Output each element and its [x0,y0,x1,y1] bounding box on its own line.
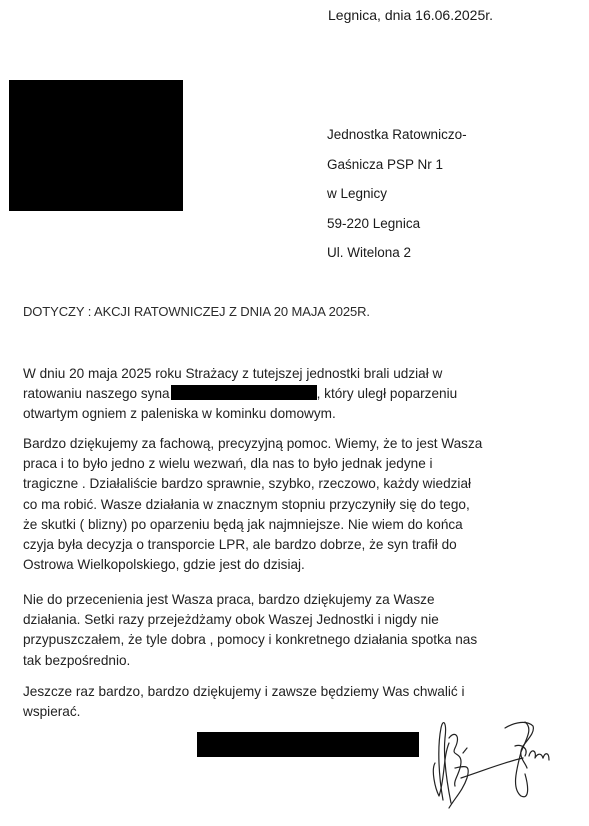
text-line: działania. Setki razy przejeżdżamy obok … [23,610,543,630]
subject-line: DOTYCZY : AKCJI RATOWNICZEJ Z DNIA 20 MA… [23,304,370,319]
text-before-redaction: ratowaniu naszego syna [23,386,170,401]
text-line: praca i to było jedno z wielu wezwań, dl… [23,454,543,474]
text-line: W dniu 20 maja 2025 roku Strażacy z tute… [23,364,543,384]
paragraph-2: Bardzo dziękujemy za fachową, precyzyjną… [23,434,543,575]
text-line: tak bezpośrednio. [23,651,543,671]
text-line: czyja była decyzja o transporcie LPR, al… [23,535,543,555]
address-line: w Legnicy [327,186,387,201]
text-after-redaction: , który uległ poparzeniu [317,386,458,401]
paragraph-1: W dniu 20 maja 2025 roku Strażacy z tute… [23,364,543,425]
text-line: Bardzo dziękujemy za fachową, precyzyjną… [23,434,543,454]
redacted-sender-block [9,80,183,211]
text-line: Ostrowa Wielkopolskiego, gdzie jest do d… [23,555,543,575]
text-line: przypuszczałem, że tyle dobra , pomocy i… [23,630,543,650]
address-line: Gaśnicza PSP Nr 1 [327,157,443,172]
place-date: Legnica, dnia 16.06.2025r. [328,7,493,23]
handwritten-signature-icon [425,708,565,813]
address-line: 59-220 Legnica [327,216,420,231]
text-line: tragiczne . Działaliście bardzo sprawnie… [23,474,543,494]
address-line: Jednostka Ratowniczo- [327,127,467,142]
text-line: Jeszcze raz bardzo, bardzo dziękujemy i … [23,682,543,702]
address-line: Ul. Witelona 2 [327,245,411,260]
redacted-son-name [171,385,317,400]
text-line: Nie do przecenienia jest Wasza praca, ba… [23,590,543,610]
text-line: otwartym ogniem z paleniska w kominku do… [23,404,543,424]
redacted-signer-name [197,732,419,757]
text-line: co ma robić. Wasze działania w znacznym … [23,495,543,515]
paragraph-3: Nie do przecenienia jest Wasza praca, ba… [23,590,543,671]
text-line: że skutki ( blizny) po oparzeniu będą ja… [23,515,543,535]
text-line-with-redaction: ratowaniu naszego syna, który uległ popa… [23,384,543,404]
